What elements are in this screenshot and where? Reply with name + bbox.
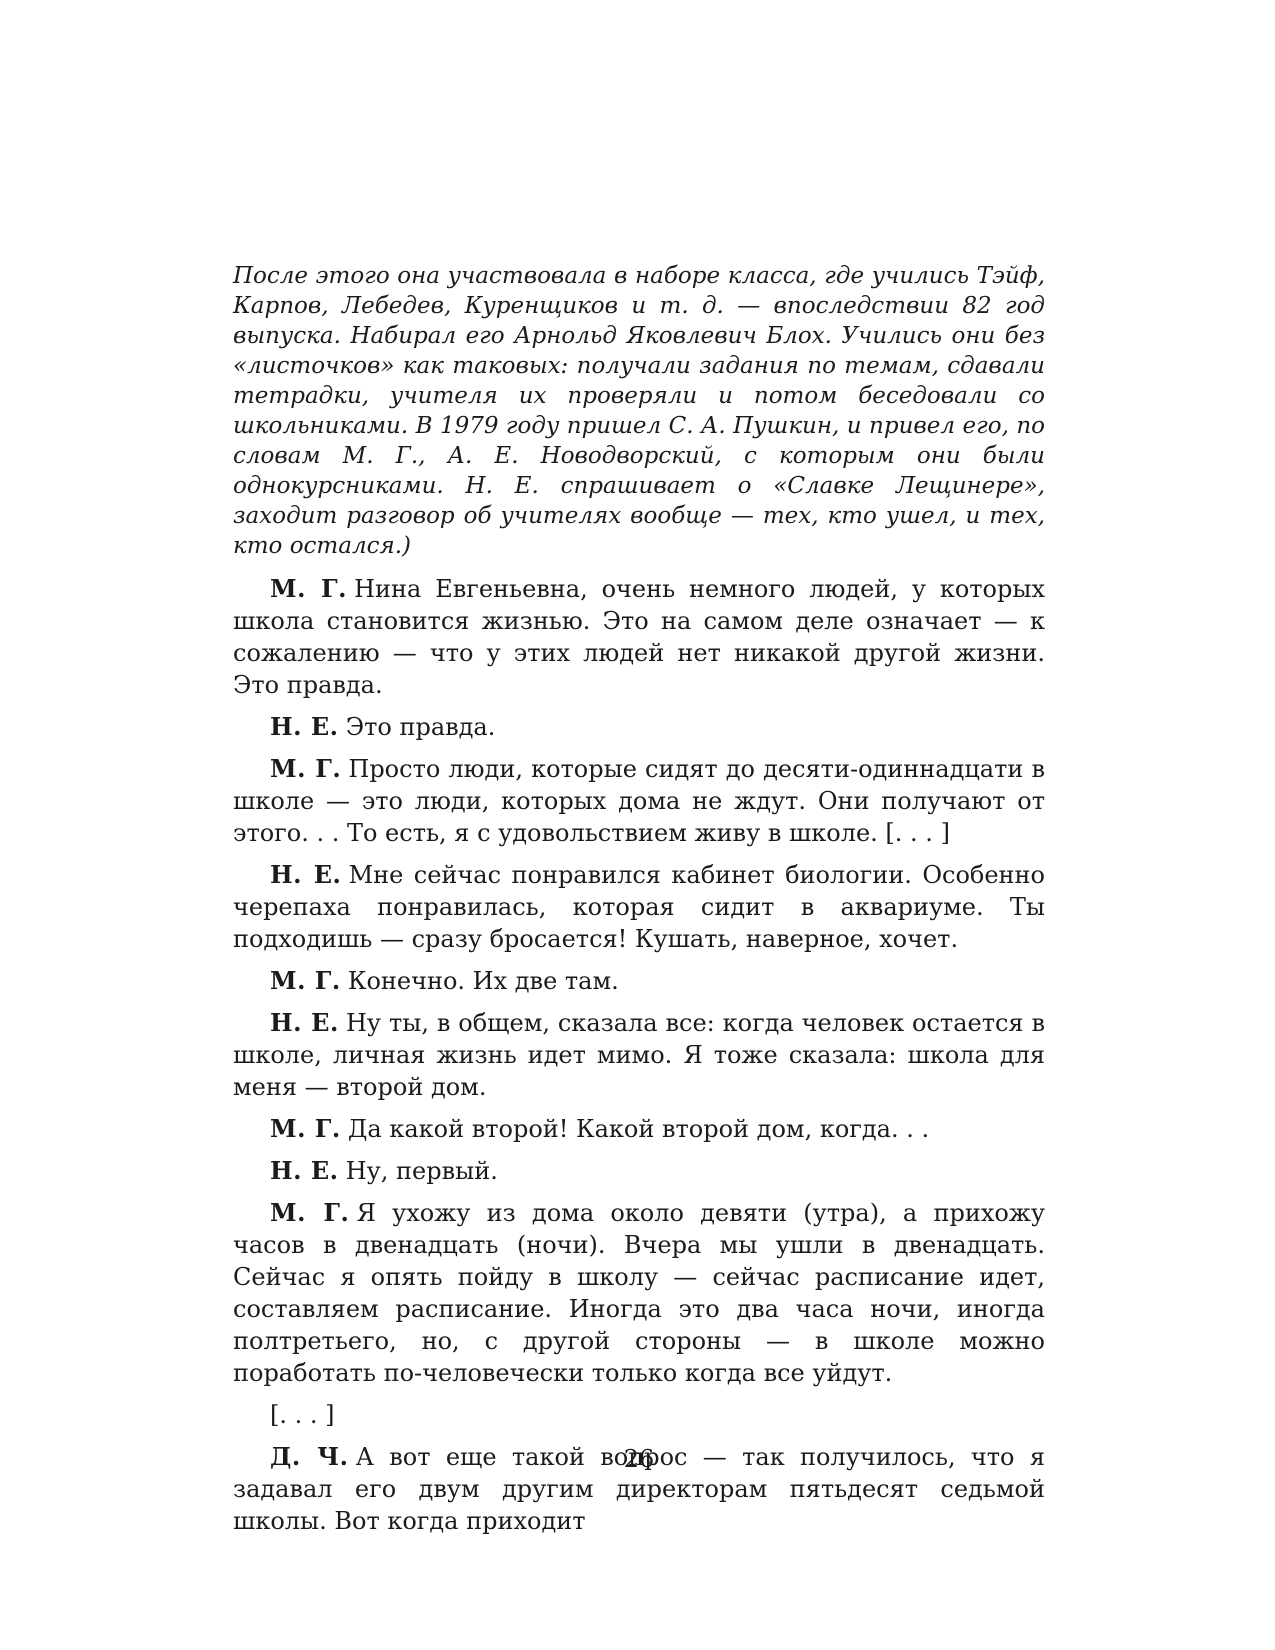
- dialogue-text: Да какой второй! Какой второй дом, когда…: [348, 1115, 929, 1143]
- dialogue-text: Ну, первый.: [346, 1157, 498, 1185]
- dialogue-paragraph: М. Г.Да какой второй! Какой второй дом, …: [233, 1113, 1045, 1145]
- dialogue-paragraph: Н. Е.Ну ты, в общем, сказала все: когда …: [233, 1007, 1045, 1103]
- speaker-label: М. Г.: [270, 1198, 349, 1227]
- ellipsis-text: [. . . ]: [270, 1401, 335, 1429]
- dialogue-text: Нина Евгеньевна, очень немного людей, у …: [233, 575, 1045, 699]
- dialogue-paragraph: Н. Е.Это правда.: [233, 711, 1045, 743]
- speaker-label: Н. Е.: [270, 712, 339, 741]
- dialogue-paragraph: Н. Е.Ну, первый.: [233, 1155, 1045, 1187]
- page-number: 26: [233, 1444, 1045, 1474]
- speaker-label: Н. Е.: [270, 1156, 339, 1185]
- dialogue-text: Ну ты, в общем, сказала все: когда челов…: [233, 1009, 1045, 1101]
- speaker-label: М. Г.: [270, 966, 341, 995]
- intro-paragraph: После этого она участвовала в наборе кла…: [233, 261, 1045, 561]
- ellipsis-paragraph: [. . . ]: [233, 1399, 1045, 1431]
- speaker-label: Н. Е.: [270, 1008, 339, 1037]
- dialogue-paragraph: М. Г.Просто люди, которые сидят до десят…: [233, 753, 1045, 849]
- speaker-label: М. Г.: [270, 1114, 341, 1143]
- speaker-label: Н. Е.: [270, 860, 341, 889]
- book-page: После этого она участвовала в наборе кла…: [0, 0, 1275, 1650]
- dialogue-text: Мне сейчас понравился кабинет биологии. …: [233, 861, 1045, 953]
- dialogue-text: Просто люди, которые сидят до десяти-оди…: [233, 755, 1045, 847]
- dialogue-text: Это правда.: [346, 713, 496, 741]
- dialogue-paragraph: М. Г.Конечно. Их две там.: [233, 965, 1045, 997]
- dialogue-paragraph: Н. Е.Мне сейчас понравился кабинет биоло…: [233, 859, 1045, 955]
- dialogue-paragraph: М. Г.Я ухожу из дома около девяти (утра)…: [233, 1197, 1045, 1389]
- dialogue-text: Я ухожу из дома около девяти (утра), а п…: [233, 1199, 1045, 1387]
- dialogue-paragraph: М. Г.Нина Евгеньевна, очень немного люде…: [233, 573, 1045, 701]
- speaker-label: М. Г.: [270, 574, 347, 603]
- dialogue-text: Конечно. Их две там.: [348, 967, 619, 995]
- text-block: После этого она участвовала в наборе кла…: [233, 261, 1045, 1537]
- speaker-label: М. Г.: [270, 754, 341, 783]
